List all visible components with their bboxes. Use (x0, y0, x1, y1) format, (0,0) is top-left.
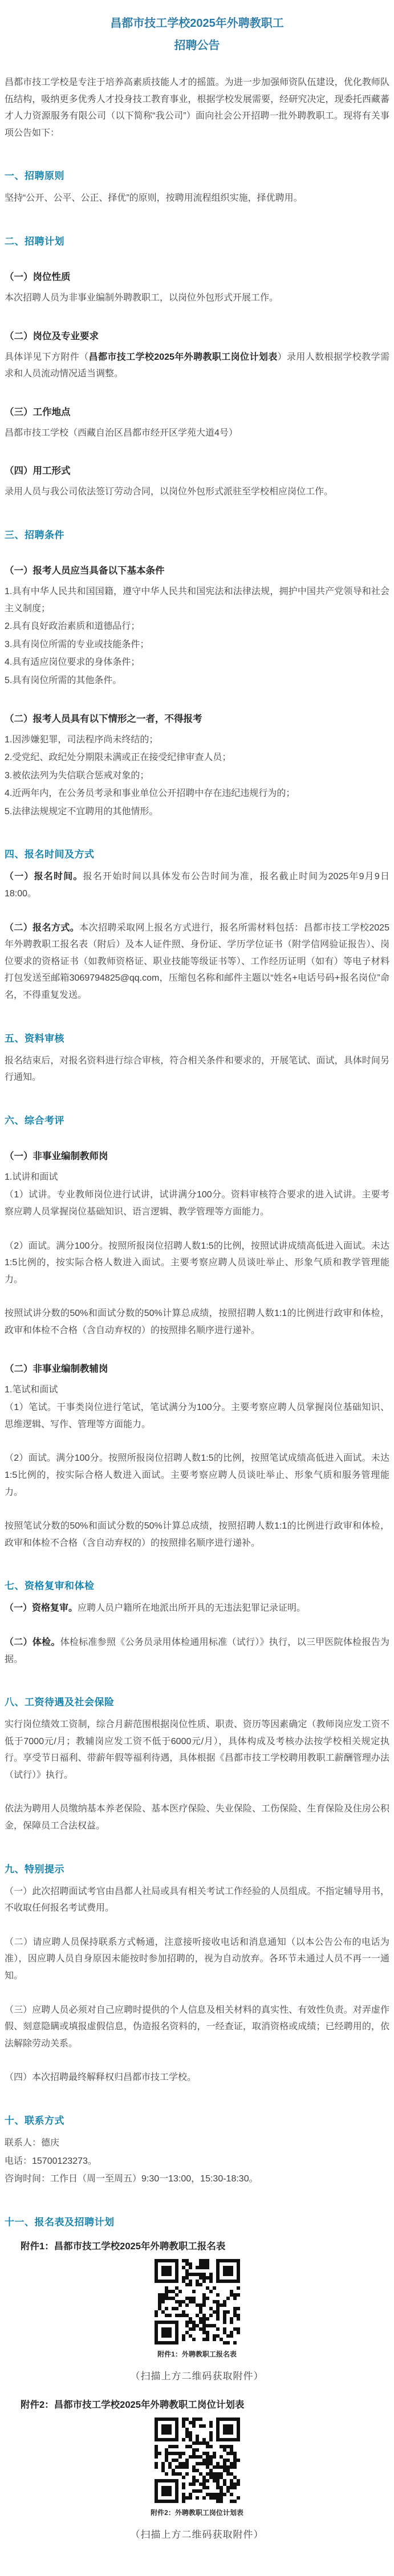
section-5: 五、资料审核报名结束后，对报名资料进行综合审核，符合相关条件和要求的，开展笔试、… (5, 1030, 389, 1086)
list-item: 1.因涉嫌犯罪，司法程序尚未终结的； (5, 732, 389, 749)
list-item: 1.具有中华人民共和国国籍，遵守中华人民共和国宪法和法律法规，拥护中国共产党领导… (5, 583, 389, 617)
paragraph: 按照试讲分数的50%和面试分数的50%计算总成绩，按照招聘人数1:1的比例进行政… (5, 1305, 389, 1339)
section-heading-6: 六、综合考评 (5, 1112, 389, 1127)
paragraph: （二）请应聘人员保持联系方式畅通，注意接听接收电话和消息通知（以本公告公布的电话… (5, 1934, 389, 1985)
paragraph: （1）试讲。专业教师岗位进行试讲，试讲满分100分。资料审核符合要求的进入试讲。… (5, 1187, 389, 1220)
subheading: （一）报考人员应当具备以下基本条件 (5, 563, 389, 576)
section-2: 二、招聘计划（一）岗位性质本次招聘人员为非事业编制外聘教职工，以岗位外包形式开展… (5, 233, 389, 501)
section-heading-10: 十、联系方式 (5, 2112, 389, 2127)
section-3: 三、招聘条件（一）报考人员应当具备以下基本条件1.具有中华人民共和国国籍，遵守中… (5, 527, 389, 820)
paragraph: （二）报名方式。本次招聘采取网上报名方式进行，报名所需材料包括：昌都市技工学校2… (5, 920, 389, 1004)
paragraph: （三）应聘人员必须对自己应聘时提供的个人信息及相关材料的真实性、有效性负责。对弄… (5, 2002, 389, 2053)
list-item: 电话：15700123273。 (5, 2153, 389, 2170)
subheading: （一）岗位性质 (5, 269, 389, 283)
page-title-line1: 昌都市技工学校2025年外聘教职工 (5, 13, 389, 35)
qr-scan-note: （扫描上方二维码获取附件） (5, 2368, 389, 2382)
list-item: 5.具有岗位所需的其他条件。 (5, 672, 389, 689)
paragraph: 报名结束后，对报名资料进行综合审核，符合相关条件和要求的，开展笔试、面试，具体时… (5, 1053, 389, 1086)
list-item: 2.具有良好政治素质和道德品行； (5, 618, 389, 635)
subheading: （二）岗位及专业要求 (5, 328, 389, 342)
list-item: 1.笔试和面试 (5, 1382, 389, 1399)
section-9: 九、特别提示（一）此次招聘面试考官由昌都人社局或具有相关考试工作经验的人员组成。… (5, 1861, 389, 2086)
subheading: （二）非事业编制教辅岗 (5, 1361, 389, 1375)
section-heading-1: 一、招聘原则 (5, 168, 389, 182)
announcement-page: 昌都市技工学校2025年外聘教职工 招聘公告 昌都市技工学校是专注于培养高素质技… (0, 0, 394, 2576)
paragraph: （一）报名时间。报名开始时间以具体发布公告时间为准，报名截止时间为2025年9月… (5, 868, 389, 902)
section-1: 一、招聘原则坚持“公开、公平、公正、择优”的原则，按聘用流程组织实施，择优聘用。 (5, 168, 389, 207)
paragraph: （一）资格复审。应聘人员户籍所在地派出所开具的无违法犯罪记录证明。 (5, 1600, 389, 1617)
section-heading-8: 八、工资待遇及社会保险 (5, 1694, 389, 1708)
qr-caption: 附件1：外聘教职工报名表 (5, 2349, 389, 2359)
section-heading-4: 四、报名时间及方式 (5, 846, 389, 860)
qr-caption: 附件2：外聘教职工岗位计划表 (5, 2508, 389, 2517)
paragraph: 具体详见下方附件（昌都市技工学校2025年外聘教职工岗位计划表）录用人数根据学校… (5, 349, 389, 383)
section-4: 四、报名时间及方式（一）报名时间。报名开始时间以具体发布公告时间为准，报名截止时… (5, 846, 389, 1003)
section-heading-9: 九、特别提示 (5, 1861, 389, 1875)
qr-scan-note: （扫描上方二维码获取附件） (5, 2526, 389, 2541)
section-0: 昌都市技工学校是专注于培养高素质技能人才的摇篮。为进一步加强师资队伍建设，优化教… (5, 74, 389, 141)
section-heading-3: 三、招聘条件 (5, 527, 389, 541)
section-6: 六、综合考评（一）非事业编制教师岗1.试讲和面试（1）试讲。专业教师岗位进行试讲… (5, 1112, 389, 1552)
paragraph: 昌都市技工学校是专注于培养高素质技能人才的摇篮。为进一步加强师资队伍建设，优化教… (5, 74, 389, 141)
qr-code-attachment-1 (155, 2259, 240, 2345)
list-item: 联系人：德庆 (5, 2135, 389, 2152)
paragraph: （四）本次招聘最终解释权归昌都市技工学校。 (5, 2069, 389, 2086)
paragraph: （2）面试。满分100分。按照所报岗位招聘人数1:5的比例，按照试讲成绩高低进入… (5, 1238, 389, 1289)
list-item: 4.近两年内，在公务员考录和事业单位公开招聘中存在违纪违规行为的； (5, 785, 389, 802)
page-title-line2: 招聘公告 (5, 35, 389, 57)
paragraph: （2）面试。满分100分。按照所报岗位招聘人数1:5的比例，按照笔试成绩高低进入… (5, 1450, 389, 1501)
section-8: 八、工资待遇及社会保险实行岗位绩效工资制，综合月薪范围根据岗位性质、职责、资历等… (5, 1694, 389, 1835)
subheading: （二）报考人员具有以下情形之一者，不得报考 (5, 711, 389, 725)
attachment-figure: 附件2：外聘教职工岗位计划表（扫描上方二维码获取附件） (5, 2417, 389, 2541)
paragraph: 昌都市技工学校（西藏自治区昌都市经开区学苑大道4号） (5, 425, 389, 442)
section-heading-7: 七、资格复审和体检 (5, 1578, 389, 1592)
list-item: 3.被依法列为失信联合惩戒对象的； (5, 767, 389, 785)
page-title: 昌都市技工学校2025年外聘教职工 招聘公告 (5, 13, 389, 57)
paragraph: 录用人员与我公司依法签订劳动合同，以岗位外包形式派驻至学校相应岗位工作。 (5, 483, 389, 501)
paragraph: 坚持“公开、公平、公正、择优”的原则，按聘用流程组织实施，择优聘用。 (5, 190, 389, 207)
section-heading-5: 五、资料审核 (5, 1030, 389, 1045)
paragraph: （1）笔试。干事类岗位进行笔试，笔试满分为100分。主要考察应聘人员掌握岗位基础… (5, 1399, 389, 1433)
list-item: 4.具有适应岗位要求的身体条件； (5, 654, 389, 671)
list-item: 咨询时间：工作日（周一至周五）9:30一13:00，15:30-18:30。 (5, 2171, 389, 2188)
subheading: （三）工作地点 (5, 404, 389, 418)
paragraph: 按照笔试分数的50%和面试分数的50%计算总成绩，按照招聘人数1:1的比例进行政… (5, 1518, 389, 1551)
list-item: 1.试讲和面试 (5, 1169, 389, 1186)
section-7: 七、资格复审和体检（一）资格复审。应聘人员户籍所在地派出所开具的无违法犯罪记录证… (5, 1578, 389, 1668)
section-10: 十、联系方式联系人：德庆电话：15700123273。咨询时间：工作日（周一至周… (5, 2112, 389, 2188)
list-item: 5.法律法规规定不宜聘用的其他情形。 (5, 803, 389, 820)
qr-code-attachment-2 (155, 2417, 240, 2503)
attachment-title: 附件1：昌都市技工学校2025年外聘教职工报名表 (5, 2238, 389, 2252)
section-11: 十一、报名表及招聘计划附件1：昌都市技工学校2025年外聘教职工报名表附件1：外… (5, 2214, 389, 2541)
paragraph: 本次招聘人员为非事业编制外聘教职工，以岗位外包形式开展工作。 (5, 290, 389, 307)
paragraph: 实行岗位绩效工资制，综合月薪范围根据岗位性质、职责、资历等因素确定（教师岗应发工… (5, 1716, 389, 1783)
announcement-body: 昌都市技工学校是专注于培养高素质技能人才的摇篮。为进一步加强师资队伍建设，优化教… (5, 74, 389, 2541)
section-heading-2: 二、招聘计划 (5, 233, 389, 247)
list-item: 3.具有岗位所需的专业或技能条件； (5, 636, 389, 653)
attachment-title: 附件2：昌都市技工学校2025年外聘教职工岗位计划表 (5, 2397, 389, 2411)
subheading: （一）非事业编制教师岗 (5, 1148, 389, 1162)
list-item: 2.受党纪、政纪处分期限未满或正在接受纪律审查人员； (5, 749, 389, 766)
paragraph: （二）体检。体检标准参照《公务员录用体检通用标准（试行）》执行，以三甲医院体检报… (5, 1634, 389, 1668)
paragraph: （一）此次招聘面试考官由昌都人社局或具有相关考试工作经验的人员组成。不指定辅导用… (5, 1883, 389, 1917)
subheading: （四）用工形式 (5, 463, 389, 477)
paragraph: 依法为聘用人员缴纳基本养老保险、基本医疗保险、失业保险、工伤保险、生育保险及住房… (5, 1801, 389, 1834)
attachment-figure: 附件1：外聘教职工报名表（扫描上方二维码获取附件） (5, 2259, 389, 2382)
section-heading-11: 十一、报名表及招聘计划 (5, 2214, 389, 2228)
